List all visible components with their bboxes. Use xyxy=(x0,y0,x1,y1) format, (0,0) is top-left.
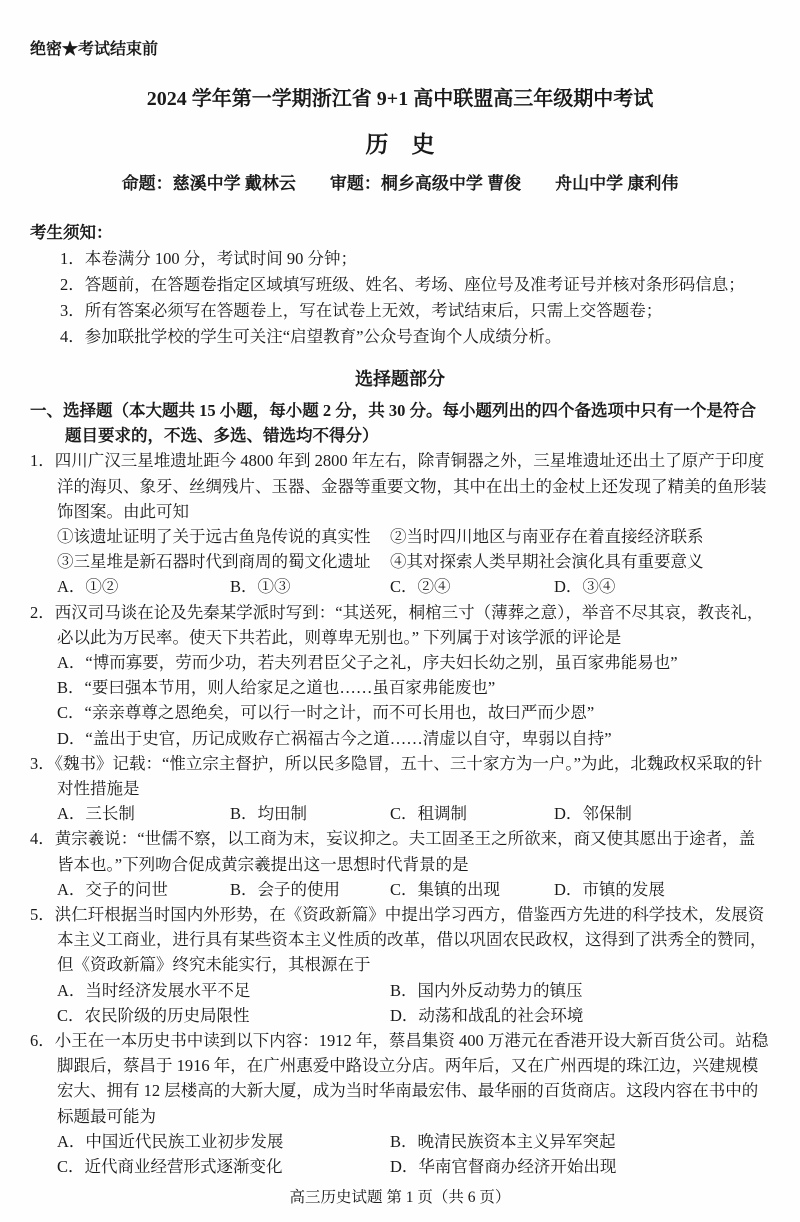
question-6-choice-d: D．华南官督商办经济开始出现 xyxy=(390,1154,770,1179)
question-6-stem: 6．小王在一本历史书中读到以下内容：1912 年，蔡昌集资 400 万港元在香港… xyxy=(30,1028,770,1129)
question-3-choices: A．三长制 B．均田制 C．租调制 D．邻保制 xyxy=(30,801,770,826)
question-2-choice-c: C．“亲亲尊尊之恩绝矣，可以行一时之计，而不可长用也，故曰严而少恩” xyxy=(57,700,770,725)
question-5-stem: 5．洪仁玕根据当时国内外形势，在《资政新篇》中提出学习西方，借鉴西方先进的科学技… xyxy=(30,902,770,978)
question-4: 4．黄宗羲说：“世儒不察，以工商为末，妄议抑之。夫工固圣王之所欲来，商又使其愿出… xyxy=(30,826,770,902)
question-2-choice-a: A．“博而寡要，劳而少功，若夫列君臣父子之礼，序夫妇长幼之别，虽百家弗能易也” xyxy=(57,650,770,675)
question-2-text: 西汉司马谈在论及先秦某学派时写到：“其送死，桐棺三寸（薄葬之意），举音不尽其哀，… xyxy=(55,603,764,647)
notice-item-1: 1．本卷满分 100 分，考试时间 90 分钟； xyxy=(30,246,770,272)
question-4-choice-d: D．市镇的发展 xyxy=(554,877,770,902)
question-6-choice-b: B．晚清民族资本主义异军突起 xyxy=(390,1129,770,1154)
question-3-choice-b: B．均田制 xyxy=(230,801,390,826)
question-3-choice-a: A．三长制 xyxy=(57,801,230,826)
question-4-choice-b: B．会子的使用 xyxy=(230,877,390,902)
exam-title: 2024 学年第一学期浙江省 9+1 高中联盟高三年级期中考试 xyxy=(30,86,770,112)
question-5-choice-c: C．农民阶级的历史局限性 xyxy=(57,1003,390,1028)
subitem-3: ③三星堆是新石器时代到商周的蜀文化遗址 xyxy=(57,549,390,574)
question-6-text: 小王在一本历史书中读到以下内容：1912 年，蔡昌集资 400 万港元在香港开设… xyxy=(55,1031,769,1126)
question-5-choice-b: B．国内外反动势力的镇压 xyxy=(390,978,770,1003)
question-1-choice-b: B．①③ xyxy=(230,574,390,599)
subitem-2: ②当时四川地区与南亚存在着直接经济联系 xyxy=(390,524,770,549)
question-6-number: 6． xyxy=(30,1031,55,1050)
question-1-choice-a: A．①② xyxy=(57,574,230,599)
exam-paper-page: 绝密★考试结束前 2024 学年第一学期浙江省 9+1 高中联盟高三年级期中考试… xyxy=(0,0,800,1222)
question-3: 3．《魏书》记载：“惟立宗主督护，所以民多隐冒，五十、三十家方为一户。”为此，北… xyxy=(30,751,770,827)
question-4-choice-a: A．交子的问世 xyxy=(57,877,230,902)
question-5-text: 洪仁玕根据当时国内外形势，在《资政新篇》中提出学习西方，借鉴西方先进的科学技术，… xyxy=(55,905,767,974)
question-3-choice-d: D．邻保制 xyxy=(554,801,770,826)
question-1-choice-d: D．③④ xyxy=(554,574,770,599)
question-1-number: 1． xyxy=(30,451,55,470)
subitem-1: ①该遗址证明了关于远古鱼凫传说的真实性 xyxy=(57,524,390,549)
notice-item-3: 3．所有答案必须写在答题卷上，写在试卷上无效，考试结束后，只需上交答题卷； xyxy=(30,298,770,324)
question-4-choices: A．交子的问世 B．会子的使用 C．集镇的出现 D．市镇的发展 xyxy=(30,877,770,902)
question-6-choice-a: A．中国近代民族工业初步发展 xyxy=(57,1129,390,1154)
question-1-text: 四川广汉三星堆遗址距今 4800 年到 2800 年左右，除青铜器之外，三星堆遗… xyxy=(55,451,767,520)
question-4-number: 4． xyxy=(30,829,55,848)
question-1-choice-c: C．②④ xyxy=(390,574,554,599)
question-5-choice-d: D．动荡和战乱的社会环境 xyxy=(390,1003,770,1028)
question-3-stem: 3．《魏书》记载：“惟立宗主督护，所以民多隐冒，五十、三十家方为一户。”为此，北… xyxy=(30,751,770,801)
question-1: 1．四川广汉三星堆遗址距今 4800 年到 2800 年左右，除青铜器之外，三星… xyxy=(30,448,770,599)
question-4-stem: 4．黄宗羲说：“世儒不察，以工商为末，妄议抑之。夫工固圣王之所欲来，商又使其愿出… xyxy=(30,826,770,876)
question-2-number: 2． xyxy=(30,603,55,622)
section-title: 选择题部分 xyxy=(30,366,770,392)
question-6: 6．小王在一本历史书中读到以下内容：1912 年，蔡昌集资 400 万港元在香港… xyxy=(30,1028,770,1179)
notice-item-4: 4．参加联批学校的学生可关注“启望教育”公众号查询个人成绩分析。 xyxy=(30,324,770,350)
question-3-text: 《魏书》记载：“惟立宗主督护，所以民多隐冒，五十、三十家方为一户。”为此，北魏政… xyxy=(55,754,763,798)
question-6-choice-c: C．近代商业经营形式逐渐变化 xyxy=(57,1154,390,1179)
notice-title: 考生须知： xyxy=(30,220,770,246)
question-5-choice-a: A．当时经济发展水平不足 xyxy=(57,978,390,1003)
subitem-4: ④其对探索人类早期社会演化具有重要意义 xyxy=(390,549,770,574)
question-2-choice-d: D．“盖出于史官，历记成败存亡祸福古今之道……清虚以自守，卑弱以自持” xyxy=(57,726,770,751)
question-5-choices: A．当时经济发展水平不足 B．国内外反动势力的镇压 C．农民阶级的历史局限性 D… xyxy=(30,978,770,1028)
question-5-number: 5． xyxy=(30,905,55,924)
question-4-text: 黄宗羲说：“世儒不察，以工商为末，妄议抑之。夫工固圣王之所欲来，商又使其愿出于途… xyxy=(55,829,755,873)
question-1-choices: A．①② B．①③ C．②④ D．③④ xyxy=(30,574,770,599)
subject-title: 历 史 xyxy=(30,130,770,160)
question-2-choice-b: B．“要曰强本节用，则人给家足之道也……虽百家弗能废也” xyxy=(57,675,770,700)
question-2: 2．西汉司马谈在论及先秦某学派时写到：“其送死，桐棺三寸（薄葬之意），举音不尽其… xyxy=(30,600,770,751)
question-1-subitems: ①该遗址证明了关于远古鱼凫传说的真实性 ②当时四川地区与南亚存在着直接经济联系 … xyxy=(30,524,770,574)
section-intro: 一、选择题（本大题共 15 小题，每小题 2 分，共 30 分。每小题列出的四个… xyxy=(30,398,770,448)
question-5: 5．洪仁玕根据当时国内外形势，在《资政新篇》中提出学习西方，借鉴西方先进的科学技… xyxy=(30,902,770,1028)
secrecy-label: 绝密★考试结束前 xyxy=(30,40,770,60)
notice-item-2: 2．答题前，在答题卷指定区域填写班级、姓名、考场、座位号及准考证号并核对条形码信… xyxy=(30,272,770,298)
candidate-notice: 考生须知： 1．本卷满分 100 分，考试时间 90 分钟； 2．答题前，在答题… xyxy=(30,220,770,350)
question-2-choices: A．“博而寡要，劳而少功，若夫列君臣父子之礼，序夫妇长幼之别，虽百家弗能易也” … xyxy=(30,650,770,751)
examiner-line: 命题：慈溪中学 戴林云 审题：桐乡高级中学 曹俊 舟山中学 康利伟 xyxy=(30,172,770,196)
question-1-stem: 1．四川广汉三星堆遗址距今 4800 年到 2800 年左右，除青铜器之外，三星… xyxy=(30,448,770,524)
question-3-number: 3． xyxy=(30,754,55,773)
question-3-choice-c: C．租调制 xyxy=(390,801,554,826)
question-2-stem: 2．西汉司马谈在论及先秦某学派时写到：“其送死，桐棺三寸（薄葬之意），举音不尽其… xyxy=(30,600,770,650)
question-4-choice-c: C．集镇的出现 xyxy=(390,877,554,902)
question-6-choices: A．中国近代民族工业初步发展 B．晚清民族资本主义异军突起 C．近代商业经营形式… xyxy=(30,1129,770,1179)
page-footer: 高三历史试题 第 1 页（共 6 页） xyxy=(0,1188,800,1208)
